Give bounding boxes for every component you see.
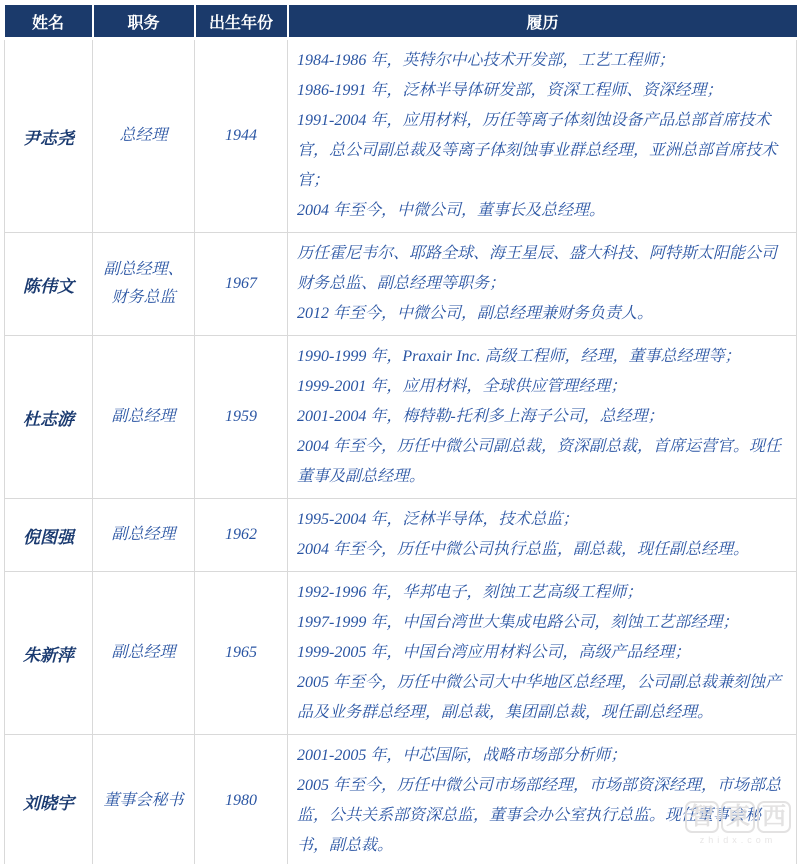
header-name: 姓名 — [5, 5, 93, 39]
resume-line: 2005 年至今，历任中微公司大中华地区总经理，公司副总裁兼刻蚀产品及业务群总经… — [297, 668, 790, 728]
resume-line: 1999-2005 年，中国台湾应用材料公司，高级产品经理； — [297, 638, 790, 668]
member-birth-year: 1967 — [195, 233, 288, 336]
member-resume: 1984-1986 年，英特尔中心技术开发部，工艺工程师；1986-1991 年… — [288, 39, 797, 233]
resume-line: 1986-1991 年，泛林半导体研发部，资深工程师、资深经理； — [297, 76, 790, 106]
resume-line: 2004 年至今，历任中微公司执行总监，副总裁，现任副总经理。 — [297, 535, 790, 565]
header-position: 职务 — [93, 5, 195, 39]
member-birth-year: 1944 — [195, 39, 288, 233]
member-resume: 1992-1996 年，华邦电子，刻蚀工艺高级工程师；1997-1999 年，中… — [288, 572, 797, 735]
table-row: 刘晓宇 董事会秘书 1980 2001-2005 年，中芯国际，战略市场部分析师… — [5, 735, 797, 864]
member-name: 杜志游 — [5, 336, 93, 499]
table-row: 杜志游 副总经理 1959 1990-1999 年，Praxair Inc. 高… — [5, 336, 797, 499]
member-resume: 1990-1999 年，Praxair Inc. 高级工程师，经理，董事总经理等… — [288, 336, 797, 499]
member-position: 副总经理 — [93, 572, 195, 735]
member-name: 倪图强 — [5, 499, 93, 572]
member-name: 朱新萍 — [5, 572, 93, 735]
member-birth-year: 1959 — [195, 336, 288, 499]
table-body: 尹志尧 总经理 1944 1984-1986 年，英特尔中心技术开发部，工艺工程… — [5, 39, 797, 864]
resume-line: 2004 年至今，历任中微公司副总裁，资深副总裁，首席运营官。现任董事及副总经理… — [297, 432, 790, 492]
resume-line: 历任霍尼韦尔、耶路全球、海王星辰、盛大科技、阿特斯太阳能公司财务总监、副总经理等… — [297, 239, 790, 299]
table-row: 尹志尧 总经理 1944 1984-1986 年，英特尔中心技术开发部，工艺工程… — [5, 39, 797, 233]
resume-line: 2001-2005 年，中芯国际，战略市场部分析师； — [297, 741, 790, 771]
resume-line: 2005 年至今，历任中微公司市场部经理，市场部资深经理，市场部总监，公共关系部… — [297, 771, 790, 861]
table-row: 倪图强 副总经理 1962 1995-2004 年，泛林半导体，技术总监；200… — [5, 499, 797, 572]
member-position: 董事会秘书 — [93, 735, 195, 864]
page: 姓名 职务 出生年份 履历 尹志尧 总经理 1944 1984-1986 年，英… — [0, 5, 800, 864]
member-resume: 2001-2005 年，中芯国际，战略市场部分析师；2005 年至今，历任中微公… — [288, 735, 797, 864]
executives-table: 姓名 职务 出生年份 履历 尹志尧 总经理 1944 1984-1986 年，英… — [4, 5, 797, 864]
resume-line: 1997-1999 年，中国台湾世大集成电路公司，刻蚀工艺部经理； — [297, 608, 790, 638]
table-row: 陈伟文 副总经理、财务总监 1967 历任霍尼韦尔、耶路全球、海王星辰、盛大科技… — [5, 233, 797, 336]
resume-line: 1995-2004 年，泛林半导体，技术总监； — [297, 505, 790, 535]
resume-line: 2001-2004 年，梅特勒-托利多上海子公司，总经理； — [297, 402, 790, 432]
member-name: 陈伟文 — [5, 233, 93, 336]
member-position: 副总经理 — [93, 499, 195, 572]
header-birth-year: 出生年份 — [195, 5, 288, 39]
member-position: 副总经理 — [93, 336, 195, 499]
header-resume: 履历 — [288, 5, 797, 39]
resume-line: 2004 年至今，中微公司，董事长及总经理。 — [297, 196, 790, 226]
resume-line: 1991-2004 年，应用材料，历任等离子体刻蚀设备产品总部首席技术官，总公司… — [297, 106, 790, 196]
member-name: 刘晓宇 — [5, 735, 93, 864]
member-birth-year: 1962 — [195, 499, 288, 572]
member-position: 总经理 — [93, 39, 195, 233]
table-header-row: 姓名 职务 出生年份 履历 — [5, 5, 797, 39]
member-resume: 历任霍尼韦尔、耶路全球、海王星辰、盛大科技、阿特斯太阳能公司财务总监、副总经理等… — [288, 233, 797, 336]
resume-line: 2012 年至今，中微公司，副总经理兼财务负责人。 — [297, 299, 790, 329]
resume-line: 1992-1996 年，华邦电子，刻蚀工艺高级工程师； — [297, 578, 790, 608]
member-name: 尹志尧 — [5, 39, 93, 233]
resume-line: 1999-2001 年，应用材料，全球供应管理经理； — [297, 372, 790, 402]
member-birth-year: 1980 — [195, 735, 288, 864]
resume-line: 1984-1986 年，英特尔中心技术开发部，工艺工程师； — [297, 46, 790, 76]
member-birth-year: 1965 — [195, 572, 288, 735]
table-row: 朱新萍 副总经理 1965 1992-1996 年，华邦电子，刻蚀工艺高级工程师… — [5, 572, 797, 735]
resume-line: 1990-1999 年，Praxair Inc. 高级工程师，经理，董事总经理等… — [297, 342, 790, 372]
member-position: 副总经理、财务总监 — [93, 233, 195, 336]
member-resume: 1995-2004 年，泛林半导体，技术总监；2004 年至今，历任中微公司执行… — [288, 499, 797, 572]
